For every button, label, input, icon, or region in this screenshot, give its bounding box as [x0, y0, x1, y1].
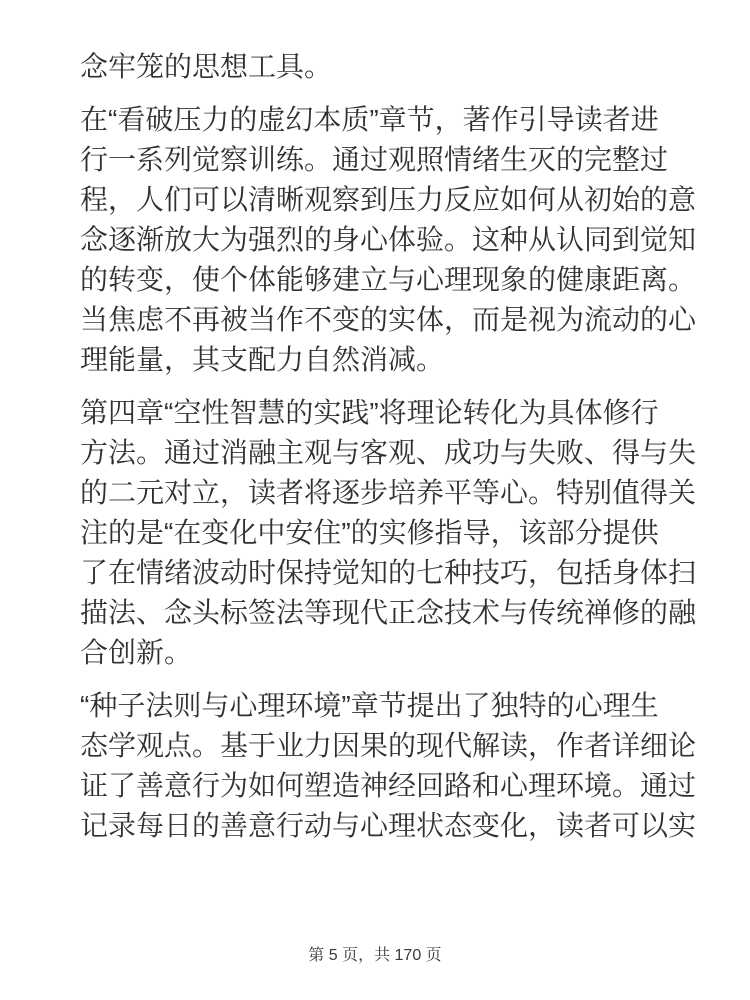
document-page: 念牢笼的思想工具。 在“看破压力的虚幻本质”章节，著作引导读者进 行一系列觉察训…	[0, 0, 750, 1000]
text-line: 行一系列觉察训练。通过观照情绪生灭的完整过	[80, 140, 700, 180]
text-line: 念牢笼的思想工具。	[80, 47, 700, 87]
paragraph-2: 在“看破压力的虚幻本质”章节，著作引导读者进 行一系列觉察训练。通过观照情绪生灭…	[80, 100, 700, 380]
paragraph-1: 念牢笼的思想工具。	[80, 47, 700, 87]
paragraph-3: 第四章“空性智慧的实践”将理论转化为具体修行 方法。通过消融主观与客观、成功与失…	[80, 393, 700, 673]
paragraph-4: “种子法则与心理环境”章节提出了独特的心理生 态学观点。基于业力因果的现代解读，…	[80, 686, 700, 846]
text-line: 合创新。	[80, 633, 700, 673]
text-line: 了在情绪波动时保持觉知的七种技巧，包括身体扫	[80, 553, 700, 593]
document-body: 念牢笼的思想工具。 在“看破压力的虚幻本质”章节，著作引导读者进 行一系列觉察训…	[80, 47, 700, 859]
text-line: 第四章“空性智慧的实践”将理论转化为具体修行	[80, 393, 700, 433]
text-line: 理能量，其支配力自然消减。	[80, 340, 700, 380]
text-line: 方法。通过消融主观与客观、成功与失败、得与失	[80, 433, 700, 473]
text-line: 的转变，使个体能够建立与心理现象的健康距离。	[80, 260, 700, 300]
text-line: “种子法则与心理环境”章节提出了独特的心理生	[80, 686, 700, 726]
text-line: 态学观点。基于业力因果的现代解读，作者详细论	[80, 726, 700, 766]
text-line: 描法、念头标签法等现代正念技术与传统禅修的融	[80, 593, 700, 633]
text-line: 证了善意行为如何塑造神经回路和心理环境。通过	[80, 766, 700, 806]
text-line: 念逐渐放大为强烈的身心体验。这种从认同到觉知	[80, 220, 700, 260]
text-line: 的二元对立，读者将逐步培养平等心。特别值得关	[80, 473, 700, 513]
text-line: 程，人们可以清晰观察到压力反应如何从初始的意	[80, 180, 700, 220]
text-line: 记录每日的善意行动与心理状态变化，读者可以实	[80, 806, 700, 846]
text-line: 在“看破压力的虚幻本质”章节，著作引导读者进	[80, 100, 700, 140]
page-number-footer: 第 5 页，共 170 页	[0, 946, 750, 966]
text-line: 当焦虑不再被当作不变的实体，而是视为流动的心	[80, 300, 700, 340]
text-line: 注的是“在变化中安住”的实修指导，该部分提供	[80, 513, 700, 553]
